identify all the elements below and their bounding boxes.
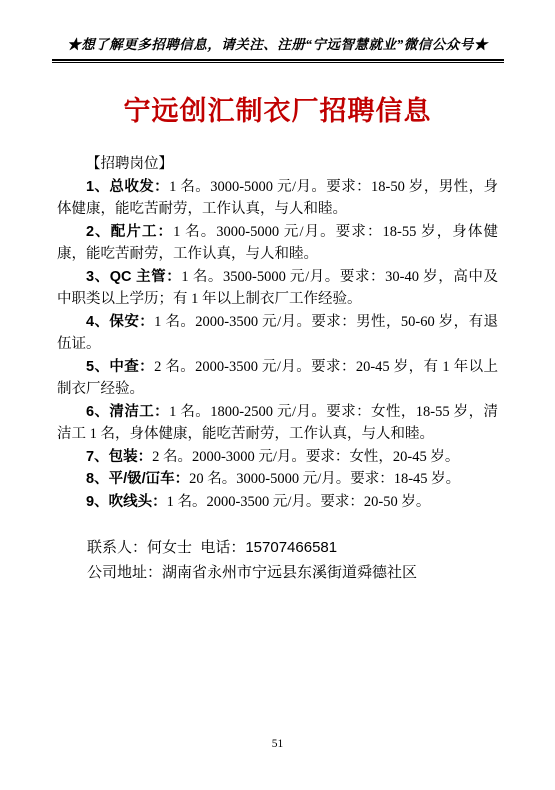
header-notice-text: ★想了解更多招聘信息，请关注、注册“宁远智慧就业”微信公众号★ — [52, 36, 504, 54]
position-item: 2、配片工：1 名。3000-5000 元/月。要求：18-55 岁，身体健康，… — [57, 221, 498, 266]
position-label: 1、总收发： — [86, 179, 169, 195]
position-detail: 20 名。3000-5000 元/月。要求：18-45 岁。 — [189, 471, 460, 487]
position-item: 5、中查：2 名。2000-3500 元/月。要求：20-45 岁，有 1 年以… — [57, 356, 498, 401]
header-rule-thick — [52, 59, 504, 61]
position-label: 6、清洁工： — [86, 404, 169, 420]
position-item: 7、包装：2 名。2000-3000 元/月。要求：女性，20-45 岁。 — [57, 446, 498, 469]
position-item: 8、平/钑/冚车：20 名。3000-5000 元/月。要求：18-45 岁。 — [57, 468, 498, 491]
position-label: 2、配片工： — [86, 224, 173, 240]
position-label: 3、QC 主管： — [86, 269, 181, 285]
position-item: 4、保安：1 名。2000-3500 元/月。要求：男性，50-60 岁，有退伍… — [57, 311, 498, 356]
contact-line: 联系人：何女士 电话：15707466581 — [57, 535, 498, 560]
page-header: ★想了解更多招聘信息，请关注、注册“宁远智慧就业”微信公众号★ — [52, 0, 504, 63]
position-item: 6、清洁工：1 名。1800-2500 元/月。要求：女性，18-55 岁，清洁… — [57, 401, 498, 446]
doc-title: 宁远创汇制衣厂招聘信息 — [0, 93, 555, 129]
positions-section: 【招聘岗位】 1、总收发：1 名。3000-5000 元/月。要求：18-50 … — [57, 153, 498, 513]
header-rule-thin — [52, 62, 504, 63]
position-item: 1、总收发：1 名。3000-5000 元/月。要求：18-50 岁，男性，身体… — [57, 176, 498, 221]
position-label: 5、中查： — [86, 359, 154, 375]
position-item: 3、QC 主管：1 名。3500-5000 元/月。要求：30-40 岁，高中及… — [57, 266, 498, 311]
position-label: 7、包装： — [86, 449, 152, 465]
address-line: 公司地址：湖南省永州市宁远县东溪街道舜德社区 — [57, 560, 498, 585]
section-label: 【招聘岗位】 — [57, 153, 498, 176]
document-page: ★想了解更多招聘信息，请关注、注册“宁远智慧就业”微信公众号★ 宁远创汇制衣厂招… — [0, 0, 555, 790]
position-label: 4、保安： — [86, 314, 154, 330]
position-detail: 1 名。2000-3500 元/月。要求：20-50 岁。 — [167, 494, 431, 510]
position-label: 8、平/钑/冚车： — [86, 471, 189, 487]
page-number: 51 — [0, 738, 555, 750]
contact-section: 联系人：何女士 电话：15707466581 公司地址：湖南省永州市宁远县东溪街… — [57, 535, 498, 585]
position-label: 9、吹线头： — [86, 494, 167, 510]
position-item: 9、吹线头：1 名。2000-3500 元/月。要求：20-50 岁。 — [57, 491, 498, 514]
position-detail: 2 名。2000-3000 元/月。要求：女性，20-45 岁。 — [152, 449, 459, 465]
